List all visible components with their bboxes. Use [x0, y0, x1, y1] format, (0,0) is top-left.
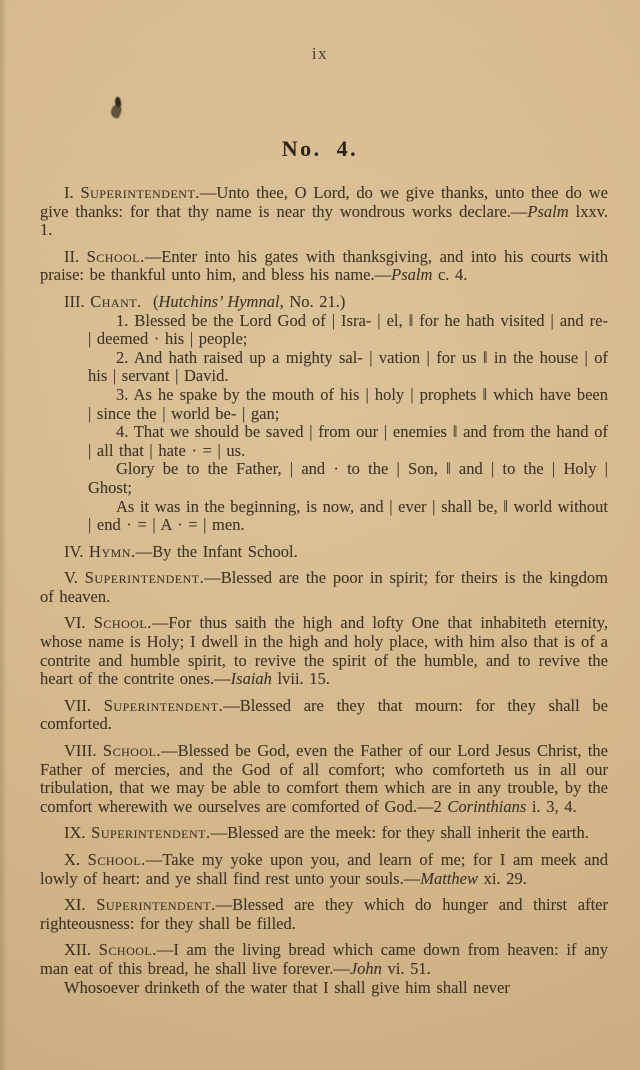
chant-gloria-patri-2: As it was in the beginning, is now, and …	[88, 498, 608, 535]
ink-blot-mark	[111, 97, 123, 121]
chant-verse-4: 4. That we should be saved | from our | …	[88, 423, 608, 460]
section-11-superintendent: XI. Superintendent.—Blessed are they whi…	[40, 896, 608, 933]
section-12-continuation: Whosoever drinketh of the water that I s…	[40, 979, 608, 998]
section-12-school: XII. School.—I am the living bread which…	[40, 941, 608, 978]
section-6-school: VI. School.—For thus saith the high and …	[40, 614, 608, 688]
chant-verse-2: 2. And hath raised up a mighty sal- | va…	[88, 349, 608, 386]
book-page-scan: ix No. 4. I. Superintendent.—Unto thee, …	[0, 0, 640, 1070]
chant-gloria-patri-1: Glory be to the Father, | and · to the |…	[88, 460, 608, 497]
section-3-chant-heading: III. Chant. (Hutchins’ Hymnal, No. 21.)	[40, 293, 608, 312]
section-2-school: II. School.—Enter into his gates with th…	[40, 248, 608, 285]
chant-verse-3: 3. As he spake by the mouth of his | hol…	[88, 386, 608, 423]
page-number: ix	[0, 44, 640, 64]
section-8-school: VIII. School.—Blessed be God, even the F…	[40, 742, 608, 816]
section-7-superintendent: VII. Superintendent.—Blessed are they th…	[40, 697, 608, 734]
section-10-school: X. School.—Take my yoke upon you, and le…	[40, 851, 608, 888]
chant-verse-1: 1. Blessed be the Lord God of | Isra- | …	[88, 312, 608, 349]
page-title: No. 4.	[0, 136, 640, 162]
section-1-superintendent: I. Superintendent.—Unto thee, O Lord, do…	[40, 184, 608, 240]
page-body: I. Superintendent.—Unto thee, O Lord, do…	[40, 184, 608, 997]
section-4-hymn: IV. Hymn.—By the Infant School.	[40, 543, 608, 562]
section-9-superintendent: IX. Superintendent.—Blessed are the meek…	[40, 824, 608, 843]
section-5-superintendent: V. Superintendent.—Blessed are the poor …	[40, 569, 608, 606]
